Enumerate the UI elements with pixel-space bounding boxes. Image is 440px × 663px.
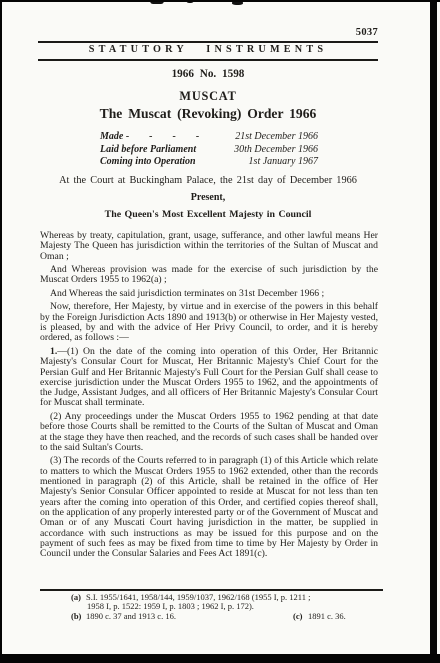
header-rule-top [38, 41, 378, 43]
dates-table: Made - - - - 21st December 1966 Laid bef… [100, 131, 318, 169]
scan-border-bottom [0, 654, 440, 663]
court-line: At the Court at Buckingham Palace, the 2… [30, 175, 386, 186]
article-1-paragraph-3: (3) The records of the Courts referred t… [40, 456, 378, 559]
paragraph-text: Now, therefore, Her Majesty, by virtue a… [40, 301, 378, 343]
laid-label: Laid before Parliament [100, 144, 196, 157]
operation-date: 1st January 1967 [249, 156, 318, 169]
table-row: Made - - - - 21st December 1966 [100, 131, 318, 144]
footnote-text: 1890 c. 37 and 1913 c. 16. [86, 612, 176, 621]
territory-heading: MUSCAT [38, 89, 378, 104]
scan-border-top [0, 0, 440, 2]
footnote-row-bc: (b) 1890 c. 37 and 1913 c. 16. (c) 1891 … [71, 612, 371, 621]
paragraph-text: And Whereas the said jurisdiction termin… [50, 288, 324, 299]
council-heading: The Queen's Most Excellent Majesty in Co… [38, 209, 378, 220]
footnotes: (a) S.I. 1955/1641, 1958/144, 1959/1037,… [71, 593, 371, 621]
table-row: Coming into Operation 1st January 1967 [100, 156, 318, 169]
present-heading: Present, [38, 192, 378, 203]
page-number: 5037 [38, 27, 378, 38]
scanned-document-page: 5037 STATUTORY INSTRUMENTS 1966 No. 1598… [0, 0, 440, 663]
paragraph-text: Whereas by treaty, capitulation, grant, … [40, 230, 378, 262]
footnote-marker: (b) [71, 612, 86, 621]
article-1-paragraph-2: (2) Any proceedings under the Muscat Ord… [40, 412, 378, 453]
made-date: 21st December 1966 [235, 131, 318, 144]
paragraph-text: And Whereas provision was made for the e… [40, 264, 378, 285]
order-title: The Muscat (Revoking) Order 1966 [38, 106, 378, 122]
recital-paragraph: Whereas by treaty, capitulation, grant, … [40, 231, 378, 262]
header-rule-bottom [38, 59, 378, 61]
laid-date: 30th December 1966 [234, 144, 318, 157]
article-1-paragraph-1: 1.—(1) On the date of the coming into op… [40, 347, 378, 409]
made-label: Made - - - - [100, 131, 199, 144]
footnote-rule [40, 589, 383, 591]
recital-paragraph: And Whereas the said jurisdiction termin… [40, 289, 378, 299]
footnote-c: (c) 1891 c. 36. [293, 612, 346, 621]
operation-label: Coming into Operation [100, 156, 196, 169]
paragraph-text: (2) Any proceedings under the Muscat Ord… [40, 411, 378, 453]
instrument-number: 1966 No. 1598 [38, 68, 378, 80]
series-header: STATUTORY INSTRUMENTS [38, 44, 378, 55]
footnote-marker: (a) [71, 593, 86, 602]
footnote-text: 1891 c. 36. [308, 612, 346, 621]
scan-border-left [0, 0, 2, 663]
recital-paragraph: And Whereas provision was made for the e… [40, 265, 378, 286]
scan-border-right [430, 0, 437, 663]
table-row: Laid before Parliament 30th December 196… [100, 144, 318, 157]
footnote-marker: (c) [293, 612, 308, 621]
paragraph-text: (3) The records of the Courts referred t… [40, 455, 378, 559]
paragraph-text: —(1) On the date of the coming into oper… [40, 346, 378, 409]
enacting-paragraph: Now, therefore, Her Majesty, by virtue a… [40, 302, 378, 343]
order-body: Whereas by treaty, capitulation, grant, … [40, 231, 378, 560]
